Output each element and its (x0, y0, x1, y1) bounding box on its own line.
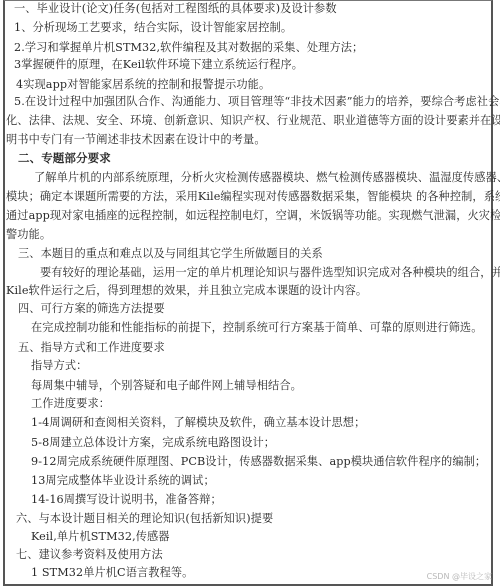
section1-item: 化、法律、法规、安全、环境、创新意识、知识产权、行业规范、职业道德等方面的设计要… (6, 114, 500, 128)
schedule-item: 5-8周建立总体设计方案，完成系统电路图设计； (31, 436, 275, 450)
section1-heading: 一、毕业设计(论文)任务(包括对工程图纸的具体要求)及设计参数 (14, 2, 337, 16)
section1-item: 4实现app对智能家居系统的控制和报警提示功能。 (16, 78, 270, 92)
schedule-item: 9-12周完成系统硬件原理图、PCB设计，传感器数据采集、app模块通信软件程序… (31, 455, 486, 469)
section3-text: 要有较好的理论基础，运用一定的单片机理论知识与器件选型知识完成对各种模块的组合，… (40, 266, 500, 280)
section2-text: 了解单片机的内部系统原理，分析火灾检测传感器模块、燃气检测传感器模块、温湿度传感… (34, 171, 500, 185)
section1-item: 1、分析现场工艺要求，结合实际，设计智能家居控制。 (14, 21, 292, 35)
schedule-item: 13周完成整体毕业设计系统的调试； (31, 474, 215, 488)
section1-item: 明书中专门有一节阐述非技术因素在设计中的考量。 (6, 133, 266, 147)
schedule-item: 1-4周调研和查阅相关资料，了解模块及软件，确立基本设计思想； (31, 416, 365, 430)
section7-text: 1 STM32单片机C语言教程等。 (31, 566, 193, 580)
section1-item: 5.在设计过程中加强团队合作、沟通能力、项目管理等“非技术因素”能力的培养，要综… (14, 95, 500, 109)
section2-text: 警功能。 (6, 228, 51, 242)
section4-text: 在完成控制功能和性能指标的前提下，控制系统可行方案基于简单、可靠的原则进行筛选。 (31, 321, 483, 335)
section5-heading: 五、指导方式和工作进度要求 (18, 341, 165, 355)
section1-item: 2.学习和掌握单片机STM32,软件编程及其对数据的采集、处理方法； (14, 41, 363, 55)
section2-text: 通过app现对家电插座的远程控制，如远程控制电灯，空调，米饭锅等功能。实现燃气泄… (6, 209, 500, 223)
section2-heading: 二、专题部分要求 (18, 151, 111, 165)
section6-text: Keil,单片机STM32,传感器 (31, 530, 170, 544)
guidance-label: 指导方式： (31, 359, 87, 373)
watermark: CSDN @毕设之家 (427, 571, 492, 582)
schedule-item: 14-16周撰写设计说明书，准备答辩； (31, 493, 222, 507)
guidance-text: 每周集中辅导，个别答疑和电子邮件网上辅导相结合。 (31, 379, 302, 393)
schedule-label: 工作进度要求： (31, 397, 110, 411)
section2-text: 模块；确定本课题所需要的方法，采用Kile编程实现对传感器数据采集，智能模块 的… (6, 190, 500, 204)
section6-heading: 六、与本设计题目相关的理论知识(包括新知识)提要 (16, 512, 273, 526)
section4-heading: 四、可行方案的筛选方法提要 (18, 302, 165, 316)
section3-heading: 三、本题目的重点和难点以及与同组其它学生所做题目的关系 (18, 247, 323, 261)
section1-item: 3掌握硬件的原理，在Keil软件环境下建立系统运行程序。 (14, 58, 303, 72)
section3-text: Kile软件运行之后，得到理想的效果，并且独立完成本课题的设计内容。 (6, 284, 367, 298)
section7-heading: 七、建议参考资料及使用方法 (16, 548, 163, 562)
